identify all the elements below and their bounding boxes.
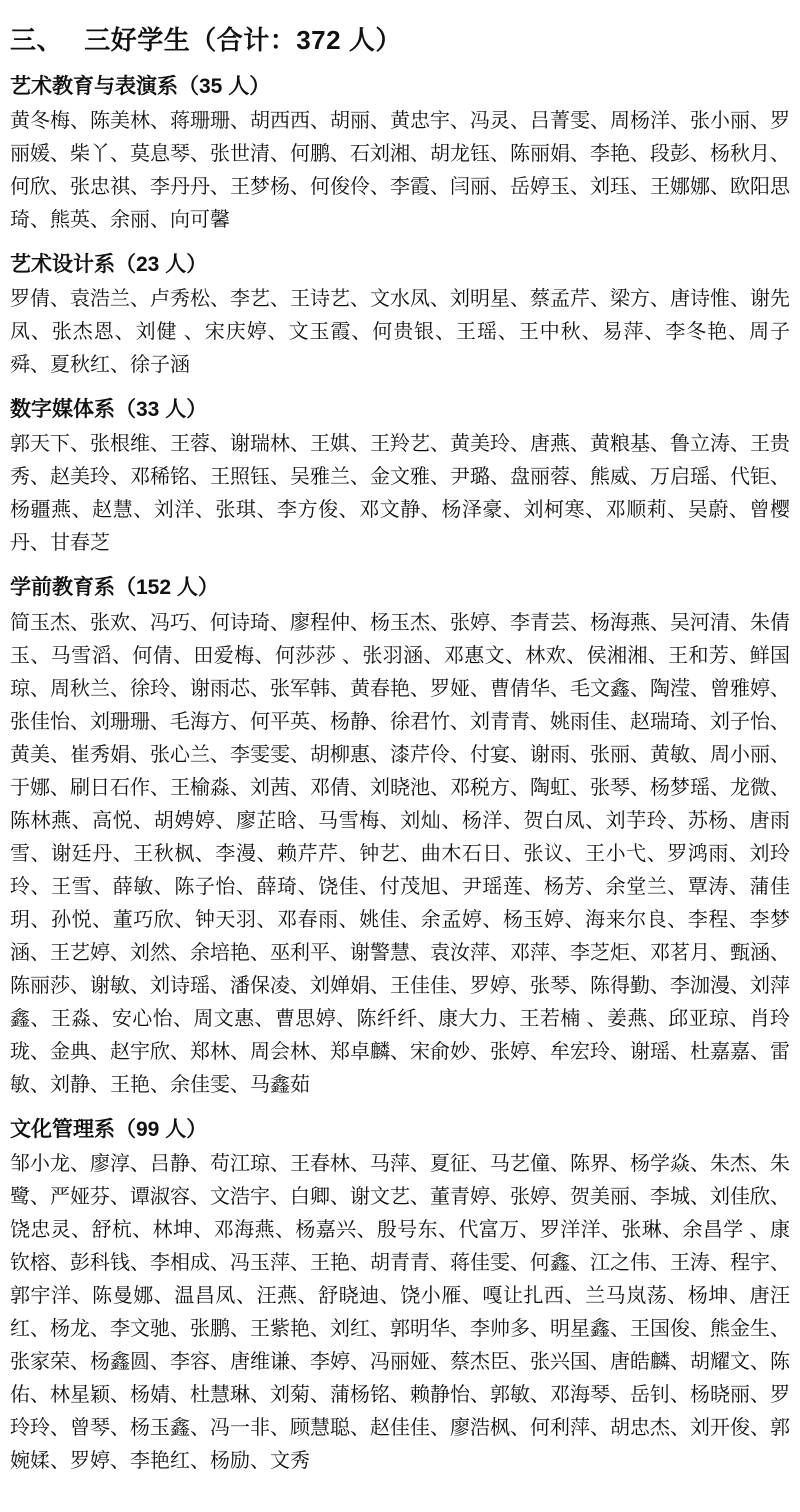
section-art-education: 艺术教育与表演系（35 人） 黄冬梅、陈美林、蒋珊珊、胡西西、胡丽、黄忠宇、冯灵… — [10, 73, 790, 237]
name-list-preschool-education: 简玉杰、张欢、冯巧、何诗琦、廖程仲、杨玉杰、张婷、李青芸、杨海燕、吴河清、朱倩玉… — [10, 607, 790, 1102]
name-list-cultural-management: 邹小龙、廖淳、吕静、苟江琼、王春林、马萍、夏征、马艺僮、陈界、杨学焱、朱杰、朱鹭… — [10, 1148, 790, 1478]
section-cultural-management: 文化管理系（99 人） 邹小龙、廖淳、吕静、苟江琼、王春林、马萍、夏征、马艺僮、… — [10, 1116, 790, 1478]
section-heading-digital-media: 数字媒体系（33 人） — [10, 396, 790, 423]
name-list-digital-media: 郭天下、张根维、王蓉、谢瑞林、王娸、王羚艺、黄美玲、唐燕、黄粮基、鲁立涛、王贵秀… — [10, 428, 790, 560]
name-list-art-design: 罗倩、袁浩兰、卢秀松、李艺、王诗艺、文水凤、刘明星、蔡孟芹、梁方、唐诗惟、谢先凤… — [10, 283, 790, 382]
section-digital-media: 数字媒体系（33 人） 郭天下、张根维、王蓉、谢瑞林、王娸、王羚艺、黄美玲、唐燕… — [10, 396, 790, 560]
document-page: 三、 三好学生（合计：372 人） 艺术教育与表演系（35 人） 黄冬梅、陈美林… — [0, 0, 800, 1512]
section-art-design: 艺术设计系（23 人） 罗倩、袁浩兰、卢秀松、李艺、王诗艺、文水凤、刘明星、蔡孟… — [10, 251, 790, 382]
section-heading-art-education: 艺术教育与表演系（35 人） — [10, 73, 790, 100]
section-heading-cultural-management: 文化管理系（99 人） — [10, 1116, 790, 1143]
section-heading-preschool-education: 学前教育系（152 人） — [10, 574, 790, 601]
document-title: 三、 三好学生（合计：372 人） — [10, 24, 790, 57]
section-heading-art-design: 艺术设计系（23 人） — [10, 251, 790, 278]
name-list-art-education: 黄冬梅、陈美林、蒋珊珊、胡西西、胡丽、黄忠宇、冯灵、吕菁雯、周杨洋、张小丽、罗丽… — [10, 105, 790, 237]
section-preschool-education: 学前教育系（152 人） 简玉杰、张欢、冯巧、何诗琦、廖程仲、杨玉杰、张婷、李青… — [10, 574, 790, 1101]
